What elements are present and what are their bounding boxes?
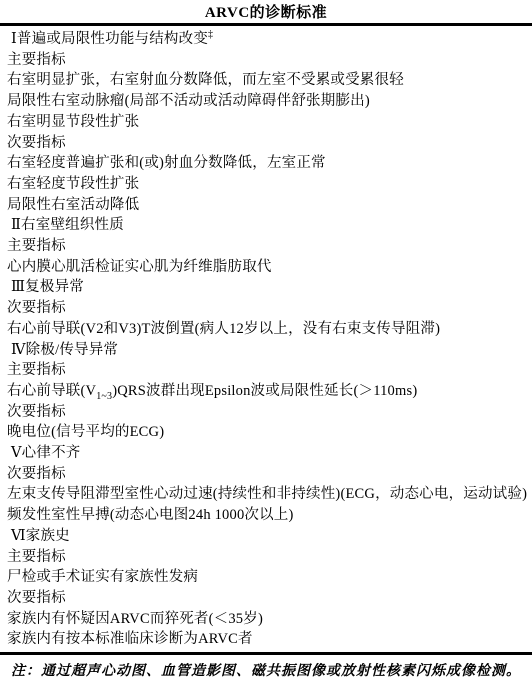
row-text-segment: 右心前导联(V2和V3)T波倒置(病人12岁以上，没有右束支传导阻滞)	[7, 321, 440, 337]
table-title: ARVC的诊断标准	[0, 0, 532, 23]
row-text-segment: Ⅱ右室壁组织性质	[11, 217, 124, 233]
table-row: 家族内有怀疑因ARVC而猝死者(＜35岁)	[7, 609, 528, 630]
table-footnote: 注：通过超声心动图、血管造影图、磁共振图像或放射性核素闪烁成像检测。	[0, 655, 532, 681]
table-row: 次要指标	[7, 298, 528, 319]
table-row: 主要指标	[7, 547, 528, 568]
table-row: 右心前导联(V2和V3)T波倒置(病人12岁以上，没有右束支传导阻滞)	[7, 319, 528, 340]
row-text-segment: 次要指标	[7, 135, 66, 151]
table-row: Ⅳ除极/传导异常	[7, 340, 528, 361]
row-text-segment: 主要指标	[7, 238, 66, 254]
row-text-segment: 晚电位(信号平均的ECG)	[7, 424, 164, 440]
row-text-segment: 次要指标	[7, 404, 66, 420]
row-text-segment: 左束支传导阻滞型室性心动过速(持续性和非持续性)(ECG，动态心电，运动试验)	[7, 486, 527, 502]
table-row: 家族内有按本标准临床诊断为ARVC者	[7, 629, 528, 650]
row-text-segment: Ⅴ心律不齐	[11, 445, 80, 461]
table-row: 右室轻度普遍扩张和(或)射血分数降低，左室正常	[7, 153, 528, 174]
table-row: 主要指标	[7, 360, 528, 381]
table-row: 主要指标	[7, 236, 528, 257]
table-row: 次要指标	[7, 464, 528, 485]
table-body: Ⅰ普遍或局限性功能与结构改变‡主要指标右室明显扩张，右室射血分数降低，而左室不受…	[0, 26, 532, 652]
row-text-segment: )QRS波群出现Epsilon波或局限性延长(＞110ms)	[112, 383, 417, 399]
row-text-segment: 右心前导联(V	[7, 383, 96, 399]
table-row: 局限性右室活动降低	[7, 195, 528, 216]
row-text-segment: 家族内有怀疑因ARVC而猝死者(＜35岁)	[7, 611, 263, 627]
table-row: 次要指标	[7, 402, 528, 423]
table-row: Ⅴ心律不齐	[7, 443, 528, 464]
row-text-segment: 频发性室性早搏(动态心电图24h 1000次以上)	[7, 507, 294, 523]
row-text-segment: 右室轻度节段性扩张	[7, 176, 139, 192]
table-row: 尸检或手术证实有家族性发病	[7, 567, 528, 588]
row-text-segment: Ⅲ复极异常	[11, 279, 84, 295]
table-row: 次要指标	[7, 133, 528, 154]
table-row: 晚电位(信号平均的ECG)	[7, 422, 528, 443]
row-text-segment: 主要指标	[7, 362, 66, 378]
row-text-segment: Ⅳ除极/传导异常	[11, 342, 118, 358]
row-text-segment: 右室轻度普遍扩张和(或)射血分数降低，左室正常	[7, 155, 326, 171]
row-text-segment: 局限性右室动脉瘤(局部不活动或活动障碍伴舒张期膨出)	[7, 93, 370, 109]
table-row: Ⅱ右室壁组织性质	[7, 215, 528, 236]
table-row: 主要指标	[7, 50, 528, 71]
row-text-segment: 1~3	[96, 391, 112, 402]
row-text-segment: 右室明显节段性扩张	[7, 114, 139, 130]
row-text-segment: ‡	[208, 29, 213, 40]
table-row: 次要指标	[7, 588, 528, 609]
row-text-segment: 心内膜心肌活检证实心肌为纤维脂肪取代	[7, 259, 272, 275]
row-text-segment: 尸检或手术证实有家族性发病	[7, 569, 198, 585]
table-row: Ⅰ普遍或局限性功能与结构改变‡	[7, 29, 528, 50]
table-row: 左束支传导阻滞型室性心动过速(持续性和非持续性)(ECG，动态心电，运动试验)	[7, 484, 528, 505]
row-text-segment: 主要指标	[7, 52, 66, 68]
table-row: 右心前导联(V1~3)QRS波群出现Epsilon波或局限性延长(＞110ms)	[7, 381, 528, 402]
table-row: 局限性右室动脉瘤(局部不活动或活动障碍伴舒张期膨出)	[7, 91, 528, 112]
row-text-segment: 次要指标	[7, 300, 66, 316]
row-text-segment: Ⅵ家族史	[11, 528, 70, 544]
row-text-segment: 次要指标	[7, 466, 66, 482]
table-row: Ⅲ复极异常	[7, 277, 528, 298]
row-text-segment: 家族内有按本标准临床诊断为ARVC者	[7, 631, 253, 647]
table-row: 右室轻度节段性扩张	[7, 174, 528, 195]
table-row: Ⅵ家族史	[7, 526, 528, 547]
row-text-segment: Ⅰ普遍或局限性功能与结构改变	[11, 31, 208, 47]
table-row: 频发性室性早搏(动态心电图24h 1000次以上)	[7, 505, 528, 526]
table-row: 心内膜心肌活检证实心肌为纤维脂肪取代	[7, 257, 528, 278]
table-row: 右室明显扩张，右室射血分数降低，而左室不受累或受累很轻	[7, 70, 528, 91]
row-text-segment: 局限性右室活动降低	[7, 197, 139, 213]
document-page: ARVC的诊断标准 Ⅰ普遍或局限性功能与结构改变‡主要指标右室明显扩张，右室射血…	[0, 0, 532, 685]
row-text-segment: 右室明显扩张，右室射血分数降低，而左室不受累或受累很轻	[7, 72, 404, 88]
table-row: 右室明显节段性扩张	[7, 112, 528, 133]
row-text-segment: 主要指标	[7, 549, 66, 565]
row-text-segment: 次要指标	[7, 590, 66, 606]
